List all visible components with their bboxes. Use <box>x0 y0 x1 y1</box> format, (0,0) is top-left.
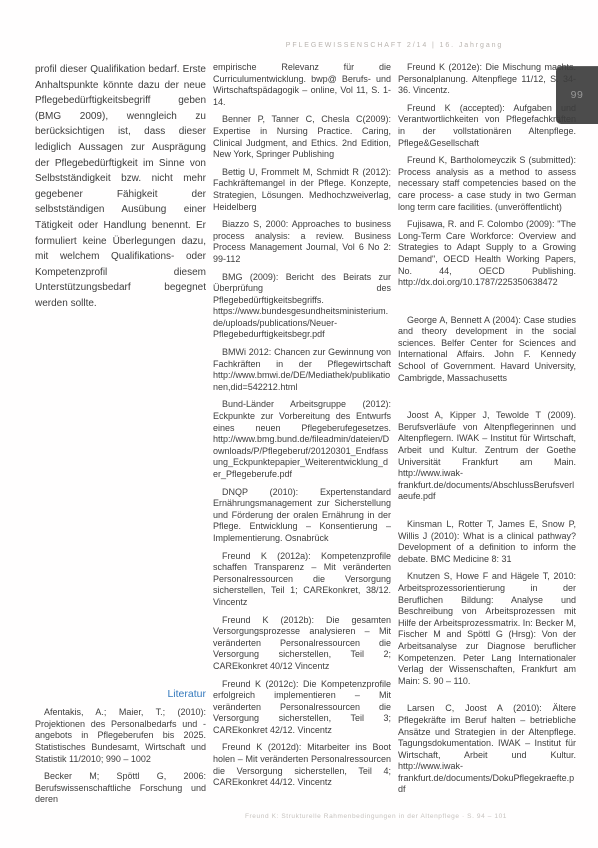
journal-running-foot: Freund K: Strukturelle Rahmenbedingungen… <box>195 813 557 820</box>
reference-entry: BMWi 2012: Chancen zur Gewinnung von Fac… <box>213 347 391 393</box>
reference-entry: DNQP (2010): Expertenstandard Ernährungs… <box>213 487 391 545</box>
reference-entry: George A, Bennett A (2004): Case studies… <box>398 315 576 385</box>
reference-entry: Joost A, Kipper J, Tewolde T (2009). Ber… <box>398 410 576 503</box>
reference-entry: Freund K, Bartholomeyczik S (submitted):… <box>398 155 576 213</box>
reference-entry: Freund K (2012a): Kompetenzprofile schaf… <box>213 551 391 609</box>
reference-entry: Freund K (2012c): Die Kompetenzprofile e… <box>213 679 391 737</box>
journal-running-head: PFLEGEWISSENSCHAFT 2/14 | 16. Jahrgang <box>213 42 576 49</box>
reference-entry: Freund K (2012d): Mitarbeiter ins Boot h… <box>213 742 391 788</box>
reference-entry: Larsen C, Joost A (2010): Ältere Pflegek… <box>398 703 576 796</box>
reference-entry: Benner P, Tanner C, Chesla C(2009): Expe… <box>213 114 391 160</box>
column-1: profil dieser Qualifikation bedarf. Erst… <box>35 62 206 812</box>
reference-entry: empirische Relevanz für die Curriculumen… <box>213 62 391 108</box>
reference-entry: Knutzen S, Howe F and Hägele T, 2010: Ar… <box>398 571 576 687</box>
reference-entry: BMG (2009): Bericht des Beirats zur Über… <box>213 272 391 342</box>
journal-page: PFLEGEWISSENSCHAFT 2/14 | 16. Jahrgang 9… <box>0 0 598 848</box>
column-2: empirische Relevanz für die Curriculumen… <box>213 62 391 812</box>
reference-entry: Fujisawa, R. and F. Colombo (2009): "The… <box>398 219 576 289</box>
article-body-paragraph: profil dieser Qualifikation bedarf. Erst… <box>35 62 206 312</box>
reference-entry: Bettig U, Frommelt M, Schmidt R (2012): … <box>213 167 391 213</box>
reference-entry: Kinsman L, Rotter T, James E, Snow P, Wi… <box>398 519 576 565</box>
column-3: Freund K (2012e): Die Mischung machts. P… <box>398 62 576 812</box>
literatur-heading: Literatur <box>35 688 206 700</box>
reference-entry: Becker M; Spöttl G, 2006: Berufswissensc… <box>35 771 206 806</box>
reference-entry: Bund-Länder Arbeitsgruppe (2012): Eckpun… <box>213 399 391 480</box>
reference-entry: Freund K (accepted): Aufgaben und Verant… <box>398 103 576 149</box>
literatur-section: Literatur Afentakis, A.; Maier, T.; (201… <box>35 688 206 812</box>
reference-entry: Freund K (2012e): Die Mischung machts. P… <box>398 62 576 97</box>
reference-entry: Freund K (2012b): Die gesamten Versorgun… <box>213 615 391 673</box>
reference-entry: Afentakis, A.; Maier, T.; (2010): Projek… <box>35 707 206 765</box>
reference-entry: Biazzo S, 2000: Approaches to business p… <box>213 219 391 265</box>
text-columns: profil dieser Qualifikation bedarf. Erst… <box>35 62 576 812</box>
